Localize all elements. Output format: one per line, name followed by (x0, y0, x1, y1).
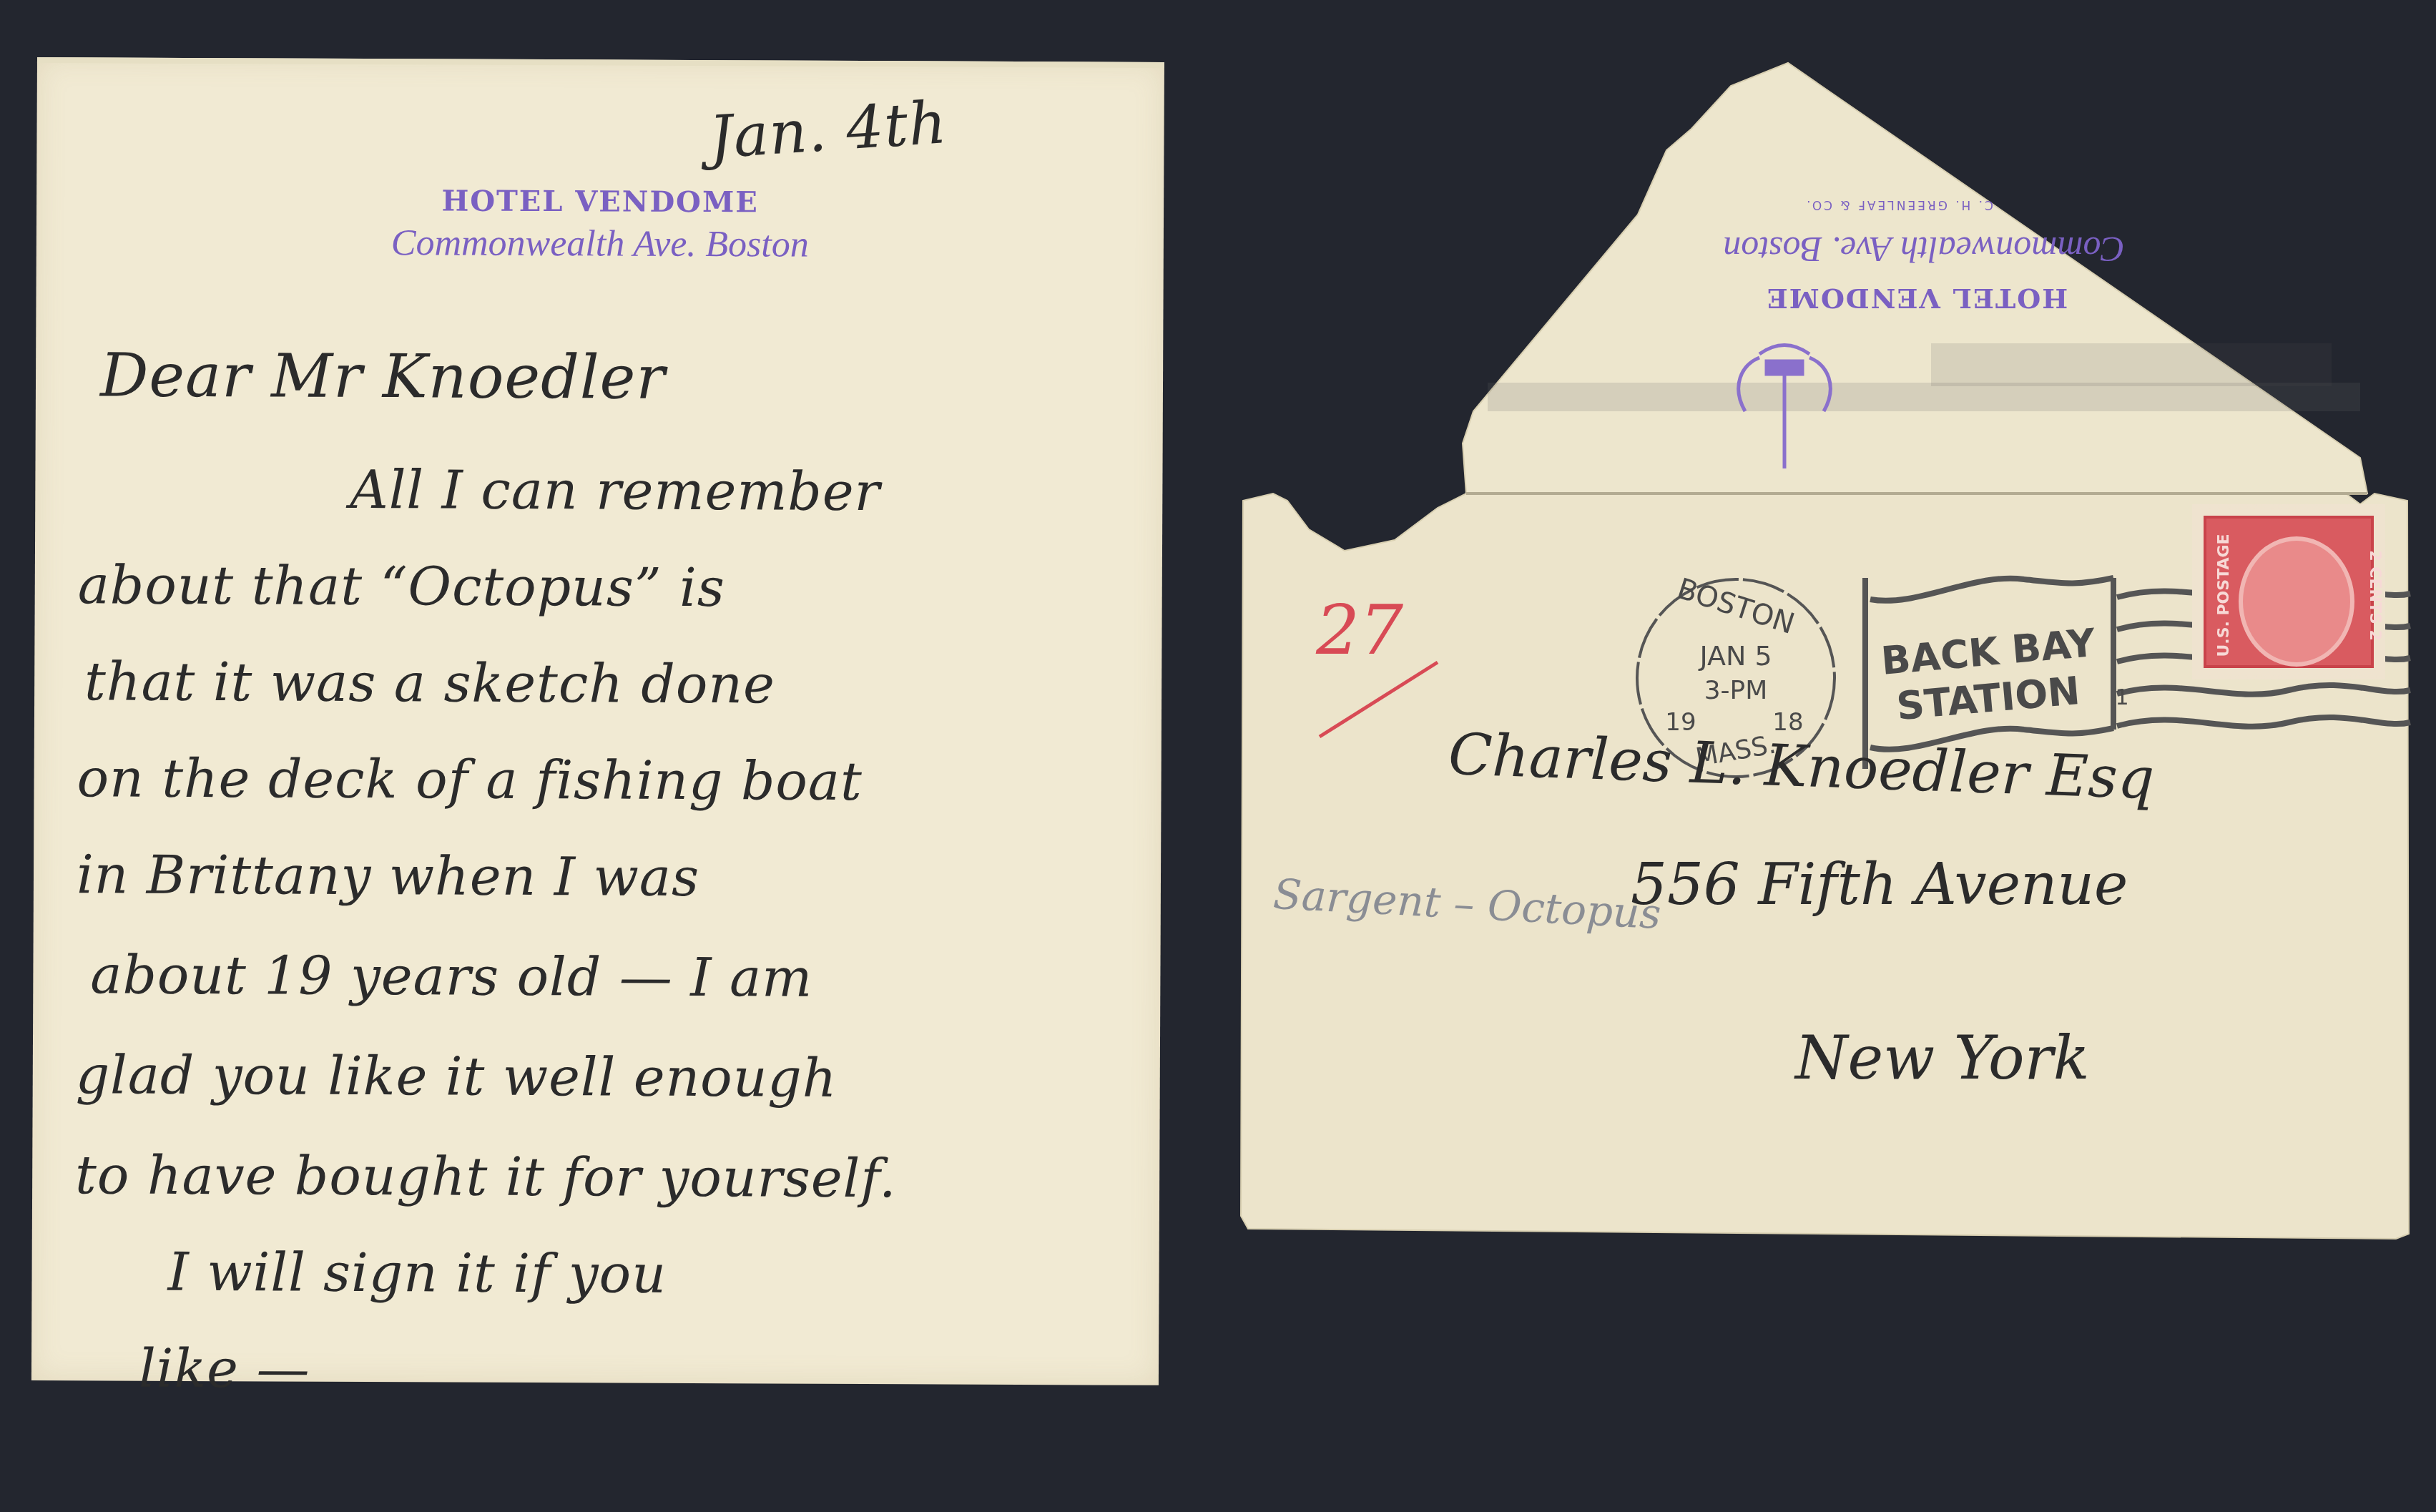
letter-line: like — (139, 1338, 310, 1400)
letter-line: to have bought it for yourself. (75, 1144, 897, 1209)
letter-date: Jan. 4th (707, 89, 949, 172)
letter-line: I will sign it if you (167, 1242, 667, 1305)
flap-printer-credit: C. H. GREENLEAF & CO. (1731, 197, 2067, 212)
letter-line: about 19 years old — I am (90, 944, 812, 1008)
postmark-city: BOSTON (1663, 569, 1809, 644)
letterhead-address: Commonwealth Ave. Boston (36, 220, 1164, 267)
letter-sheet: Jan. 4th HOTEL VENDOME Commonwealth Ave.… (31, 57, 1164, 1385)
letter-line: in Brittany when I was (77, 844, 699, 908)
postage-stamp: U.S. POSTAGE 2 CENTS 2 (2192, 504, 2385, 679)
stamp-left-text: U.S. POSTAGE (2215, 534, 2233, 657)
letter-line: All I can remember (350, 459, 880, 523)
stamp-portrait-icon (2239, 536, 2354, 667)
envelope-body (1241, 494, 2409, 1239)
envelope-flap (1463, 63, 2367, 494)
flap-address: Commonwealth Ave. Boston (1609, 229, 2239, 270)
postmark-ring (1637, 579, 1835, 777)
letter-top-edge (37, 57, 1164, 68)
stamp-right-text: 2 CENTS 2 (2366, 550, 2384, 640)
postmark-state: MASS. (1677, 727, 1795, 775)
postmark-time: 3-PM (1679, 676, 1793, 705)
letter-salutation: Dear Mr Knoedler (100, 340, 666, 412)
flag-cancel-icon (1865, 578, 2410, 769)
postmark-year-right: 18 (1767, 708, 1809, 737)
flap-title: HOTEL VENDOME (1709, 283, 2124, 315)
stamp-frame: U.S. POSTAGE 2 CENTS 2 (2204, 516, 2374, 668)
postmark-date: JAN 5 (1679, 640, 1793, 672)
letter-line: that it was a sketch done (84, 651, 775, 715)
letterhead-title: HOTEL VENDOME (36, 182, 1164, 221)
flag-cancel-line2: STATION (1876, 667, 2101, 732)
flag-cancel-line1: BACK BAY (1876, 620, 2101, 685)
pencil-annotation: Sargent – Octopus (1272, 870, 1662, 938)
letter-line: about that “Octopus” is (78, 554, 725, 619)
letter-line: on the deck of a fishing boat (77, 747, 863, 813)
red-pencil-mark: 27 (1316, 590, 1403, 670)
flag-cancel-number: 1 (2111, 685, 2133, 710)
flap-ornament-icon (1739, 345, 1831, 469)
postmark-year-left: 19 (1659, 708, 1702, 737)
address-line-3: New York (1795, 1023, 2090, 1093)
address-line-2: 556 Fifth Avenue (1631, 851, 2128, 918)
address-line-1: Charles L. Knoedler Esq (1448, 721, 2156, 812)
letter-line: glad you like it well enough (76, 1044, 838, 1109)
